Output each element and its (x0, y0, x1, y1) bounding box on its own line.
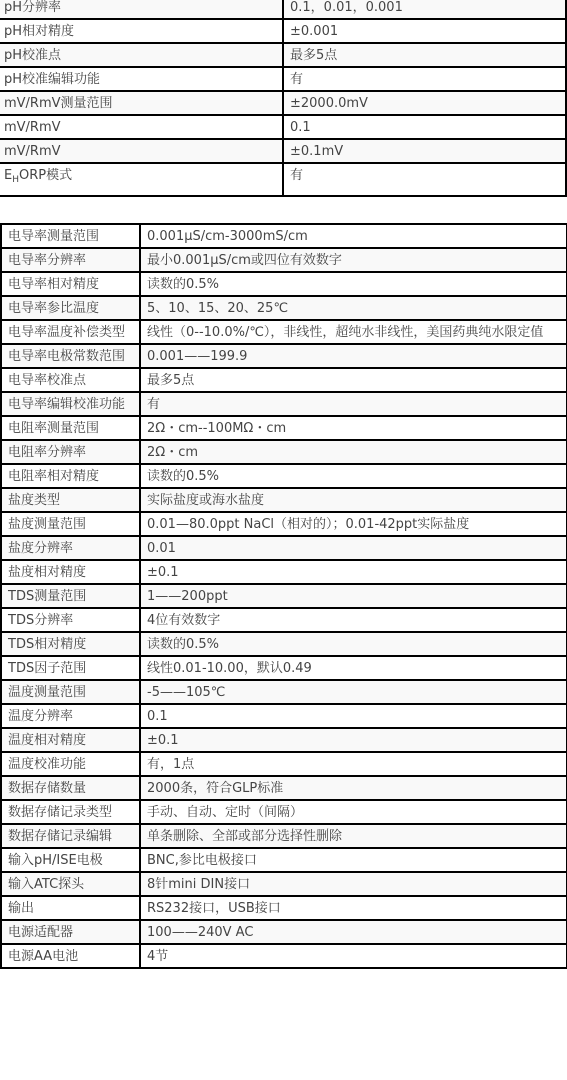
spec-value: 0.01—80.0ppt NaCl（相对的）；0.01-42ppt实际盐度 (140, 512, 567, 536)
table-row: mV/RmV0.1 (0, 115, 566, 139)
spec-label: 电导率分辨率 (1, 248, 140, 272)
spec-label: 输出 (1, 896, 140, 920)
table-row: 电源AA电池4节 (1, 944, 567, 968)
spec-value: 手动、自动、定时（间隔） (140, 800, 567, 824)
table-row: mV/RmV±0.1mV (0, 139, 566, 163)
table-row: 温度测量范围-5——105℃ (1, 680, 567, 704)
table-row: 温度校准功能有，1点 (1, 752, 567, 776)
table-row: 电源适配器100——240V AC (1, 920, 567, 944)
spec-label: 盐度类型 (1, 488, 140, 512)
spec-label: 盐度分辨率 (1, 536, 140, 560)
spec-label: 输入ATC探头 (1, 872, 140, 896)
spec-label: 温度校准功能 (1, 752, 140, 776)
spec-label: 电导率电极常数范围 (1, 344, 140, 368)
table-row: TDS因子范围线性0.01-10.00，默认0.49 (1, 656, 567, 680)
spec-label: mV/RmV测量范围 (0, 91, 283, 115)
spec-label: 电导率参比温度 (1, 296, 140, 320)
spec-value: 最小0.001μS/cm或四位有效数字 (140, 248, 567, 272)
table-row: 数据存储记录编辑单条删除、全部或部分选择性删除 (1, 824, 567, 848)
spec-value: 0.001——199.9 (140, 344, 567, 368)
spec-value: 最多5点 (140, 368, 567, 392)
spec-label: pH校准点 (0, 43, 283, 67)
spec-value: 4节 (140, 944, 567, 968)
spec-value: 有 (283, 67, 566, 91)
spec-label: 温度相对精度 (1, 728, 140, 752)
table-row: 输入ATC探头8针mini DIN接口 (1, 872, 567, 896)
label-suffix: ORP模式 (19, 168, 72, 183)
spec-value: BNC,参比电极接口 (140, 848, 567, 872)
spec-value: 0.1，0.01，0.001 (283, 0, 566, 19)
spec-value: 有 (283, 163, 566, 196)
spec-value: 0.01 (140, 536, 567, 560)
spec-value: 单条删除、全部或部分选择性删除 (140, 824, 567, 848)
spec-label: 电导率温度补偿类型 (1, 320, 140, 344)
spec-value: 读数的0.5% (140, 272, 567, 296)
table-row: 电导率参比温度5、10、15、20、25℃ (1, 296, 567, 320)
spec-value: 线性0.01-10.00，默认0.49 (140, 656, 567, 680)
spec-value: 8针mini DIN接口 (140, 872, 567, 896)
spec-value: 2Ω・cm (140, 440, 567, 464)
table-row: 电导率温度补偿类型线性（0--10.0%/℃），非线性，超纯水非线性，美国药典纯… (1, 320, 567, 344)
spec-label: 电导率测量范围 (1, 224, 140, 248)
table-row: 盐度分辨率0.01 (1, 536, 567, 560)
table-row: 电导率相对精度读数的0.5% (1, 272, 567, 296)
spec-value: 实际盐度或海水盐度 (140, 488, 567, 512)
table-row: 盐度相对精度±0.1 (1, 560, 567, 584)
spec-value: 4位有效数字 (140, 608, 567, 632)
table-row: 数据存储记录类型手动、自动、定时（间隔） (1, 800, 567, 824)
spec-label: TDS因子范围 (1, 656, 140, 680)
table-row: pH校准点最多5点 (0, 43, 566, 67)
spec-value: 2000条，符合GLP标准 (140, 776, 567, 800)
spec-label: 盐度测量范围 (1, 512, 140, 536)
spec-label: TDS分辨率 (1, 608, 140, 632)
table-row: 电阻率分辨率2Ω・cm (1, 440, 567, 464)
spec-value: 线性（0--10.0%/℃），非线性，超纯水非线性，美国药典纯水限定值 (140, 320, 567, 344)
table-row: 电阻率相对精度读数的0.5% (1, 464, 567, 488)
spec-value: 读数的0.5% (140, 632, 567, 656)
spec-label: pH校准编辑功能 (0, 67, 283, 91)
spec-value: 1——200ppt (140, 584, 567, 608)
spec-value: 5、10、15、20、25℃ (140, 296, 567, 320)
spec-label: 数据存储记录编辑 (1, 824, 140, 848)
table-row: pH相对精度±0.001 (0, 19, 566, 43)
table-row: pH校准编辑功能有 (0, 67, 566, 91)
spec-label: TDS相对精度 (1, 632, 140, 656)
spec-label: 数据存储数量 (1, 776, 140, 800)
spec-label: TDS测量范围 (1, 584, 140, 608)
spec-label: 温度测量范围 (1, 680, 140, 704)
spec-value: ±0.1mV (283, 139, 566, 163)
spec-label: 电源适配器 (1, 920, 140, 944)
table-row: 温度分辨率0.1 (1, 704, 567, 728)
table-row: TDS分辨率4位有效数字 (1, 608, 567, 632)
spec-label: 盐度相对精度 (1, 560, 140, 584)
spec-value: 有 (140, 392, 567, 416)
spec-label: 电阻率测量范围 (1, 416, 140, 440)
spec-label: 电导率校准点 (1, 368, 140, 392)
spec-value: 0.1 (140, 704, 567, 728)
spec-value: 100——240V AC (140, 920, 567, 944)
spec-value: ±0.1 (140, 728, 567, 752)
spec-label: 电源AA电池 (1, 944, 140, 968)
spec-value: ±0.001 (283, 19, 566, 43)
table-row: 温度相对精度±0.1 (1, 728, 567, 752)
spec-value: -5——105℃ (140, 680, 567, 704)
table-row: pH分辨率0.1，0.01，0.001 (0, 0, 566, 19)
spec-value: 有，1点 (140, 752, 567, 776)
table-row: 电导率电极常数范围0.001——199.9 (1, 344, 567, 368)
conductivity-spec-table: 电导率测量范围0.001μS/cm-3000mS/cm电导率分辨率最小0.001… (0, 223, 567, 969)
spec-value: ±0.1 (140, 560, 567, 584)
label-subscript: H (12, 175, 19, 185)
spec-label: 电阻率分辨率 (1, 440, 140, 464)
spec-label: 输入pH/ISE电极 (1, 848, 140, 872)
spec-value: 最多5点 (283, 43, 566, 67)
table-row: TDS相对精度读数的0.5% (1, 632, 567, 656)
table-row: mV/RmV测量范围±2000.0mV (0, 91, 566, 115)
table-row: 电导率校准点最多5点 (1, 368, 567, 392)
table-row: 输入pH/ISE电极BNC,参比电极接口 (1, 848, 567, 872)
label-prefix: E (4, 168, 12, 183)
spec-label: pH相对精度 (0, 19, 283, 43)
spec-label: 温度分辨率 (1, 704, 140, 728)
spec-label: 数据存储记录类型 (1, 800, 140, 824)
spec-value: 2Ω・cm--100MΩ・cm (140, 416, 567, 440)
spec-value: ±2000.0mV (283, 91, 566, 115)
spec-label: EHORP模式 (0, 163, 283, 196)
spec-label: 电阻率相对精度 (1, 464, 140, 488)
table-row: 电阻率测量范围2Ω・cm--100MΩ・cm (1, 416, 567, 440)
table-row: 电导率测量范围0.001μS/cm-3000mS/cm (1, 224, 567, 248)
spec-label: pH分辨率 (0, 0, 283, 19)
table-row: 电导率分辨率最小0.001μS/cm或四位有效数字 (1, 248, 567, 272)
table-row: 输出RS232接口，USB接口 (1, 896, 567, 920)
spec-label: 电导率相对精度 (1, 272, 140, 296)
spec-label: mV/RmV (0, 115, 283, 139)
spec-value: RS232接口，USB接口 (140, 896, 567, 920)
spec-label: mV/RmV (0, 139, 283, 163)
spec-value: 0.1 (283, 115, 566, 139)
table-row: 数据存储数量2000条，符合GLP标准 (1, 776, 567, 800)
spec-value: 读数的0.5% (140, 464, 567, 488)
table-row: TDS测量范围1——200ppt (1, 584, 567, 608)
table-row: EHORP模式 有 (0, 163, 566, 196)
spec-value: 0.001μS/cm-3000mS/cm (140, 224, 567, 248)
spec-label: 电导率编辑校准功能 (1, 392, 140, 416)
table-row: 盐度类型实际盐度或海水盐度 (1, 488, 567, 512)
table-row: 电导率编辑校准功能有 (1, 392, 567, 416)
ph-mv-spec-table: pH分辨率0.1，0.01，0.001 pH相对精度±0.001 pH校准点最多… (0, 0, 567, 197)
table-row: 盐度测量范围0.01—80.0ppt NaCl（相对的）；0.01-42ppt实… (1, 512, 567, 536)
